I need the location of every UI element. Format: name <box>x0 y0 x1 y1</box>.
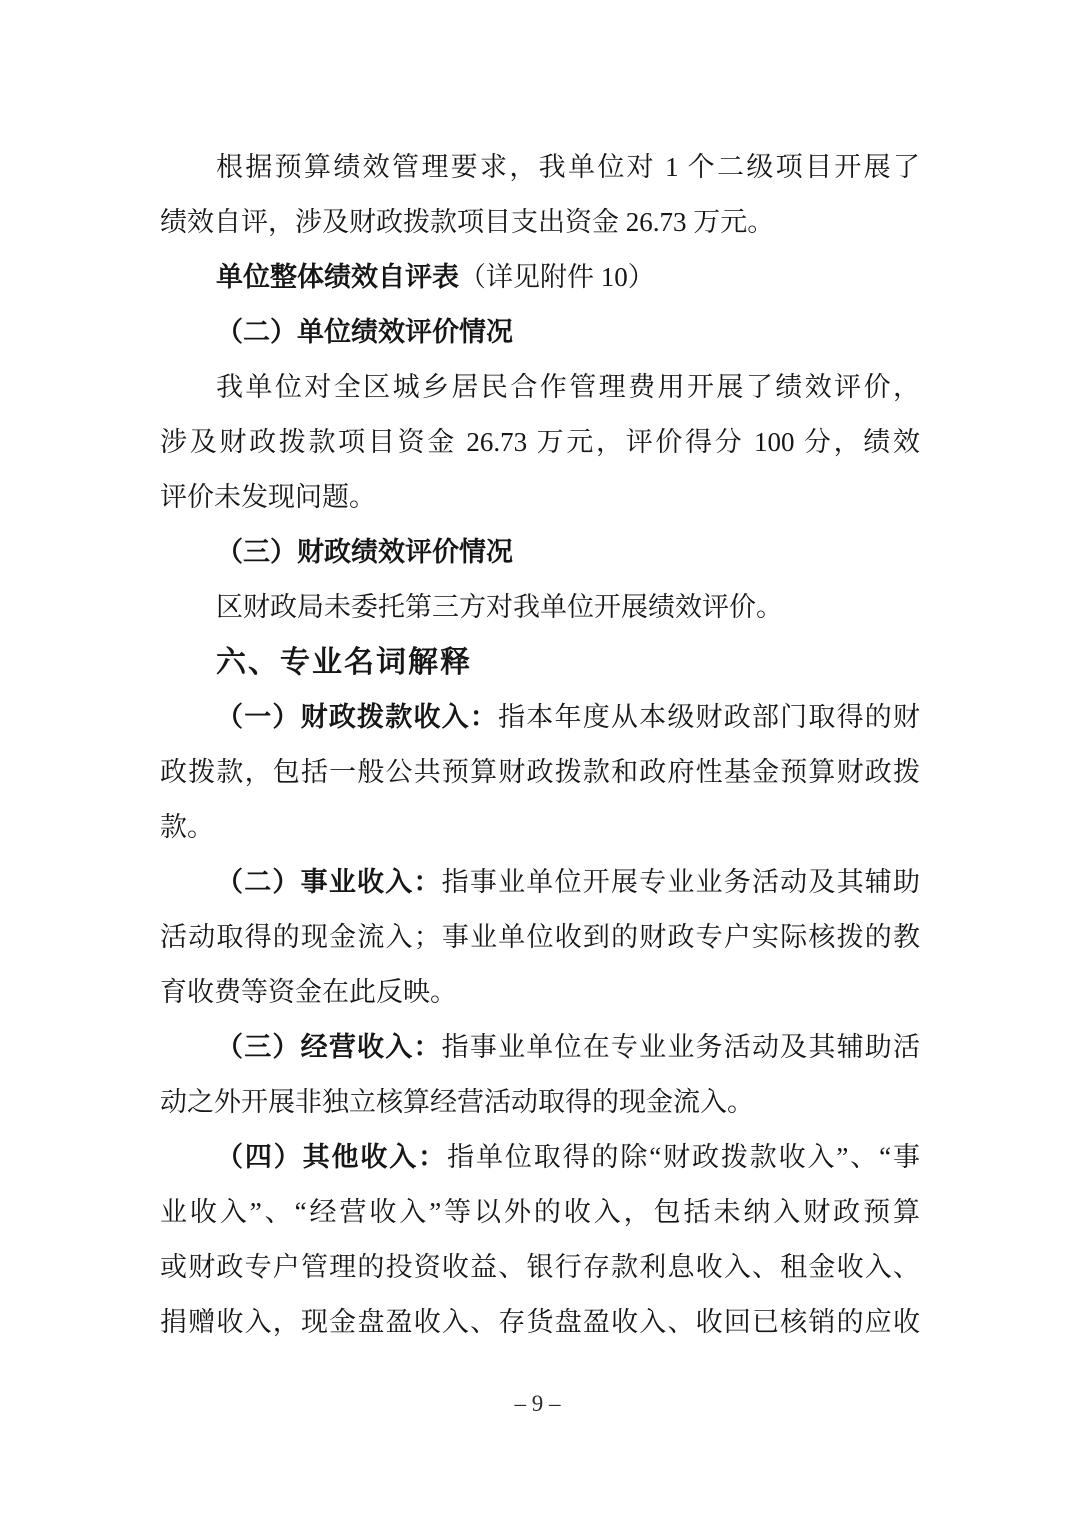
text-segment: 指事业单位在专业业务活动及其辅助活 <box>442 1032 920 1062</box>
text-line: 活动取得的现金流入；事业单位收到的财政专户实际核拨的教 <box>160 910 920 965</box>
document-body: 根据预算绩效管理要求，我单位对 1 个二级项目开展了绩效自评，涉及财政拨款项目支… <box>160 140 920 1350</box>
text-segment: 育收费等资金在此反映。 <box>160 977 457 1007</box>
text-line: 款。 <box>160 800 920 855</box>
page-number: – 9 – <box>0 1386 1075 1422</box>
text-line: 业收入”、“经营收入”等以外的收入，包括未纳入财政预算 <box>160 1185 920 1240</box>
text-segment: （四）其他收入： <box>216 1142 447 1172</box>
text-line: （一）财政拨款收入：指本年度从本级财政部门取得的财 <box>160 690 920 745</box>
text-segment: 评价未发现问题。 <box>160 482 376 512</box>
text-line: 绩效自评，涉及财政拨款项目支出资金 26.73 万元。 <box>160 195 920 250</box>
text-segment: 根据预算绩效管理要求，我单位对 1 个二级项目开展了 <box>216 152 920 182</box>
text-segment: （二）事业收入： <box>216 867 442 897</box>
text-segment: 政拨款，包括一般公共预算财政拨款和政府性基金预算财政拨 <box>160 757 920 787</box>
text-line: 评价未发现问题。 <box>160 470 920 525</box>
text-line: 根据预算绩效管理要求，我单位对 1 个二级项目开展了 <box>160 140 920 195</box>
text-segment: （二）单位绩效评价情况 <box>216 317 513 347</box>
text-segment: 活动取得的现金流入；事业单位收到的财政专户实际核拨的教 <box>160 922 920 952</box>
text-line: （二）单位绩效评价情况 <box>160 305 920 360</box>
text-line: 单位整体绩效自评表（详见附件 10） <box>160 250 920 305</box>
text-line: （三）财政绩效评价情况 <box>160 525 920 580</box>
text-segment: （详见附件 10） <box>459 262 655 292</box>
text-segment: 六、专业名词解释 <box>216 646 472 679</box>
text-segment: 区财政局未委托第三方对我单位开展绩效评价。 <box>216 592 783 622</box>
text-segment: 指本年度从本级财政部门取得的财 <box>498 702 920 732</box>
text-segment: 指单位取得的除“财政拨款收入”、“事 <box>447 1142 920 1172</box>
text-line: 捐赠收入，现金盘盈收入、存货盘盈收入、收回已核销的应收 <box>160 1295 920 1350</box>
text-line: 政拨款，包括一般公共预算财政拨款和政府性基金预算财政拨 <box>160 745 920 800</box>
text-segment: 捐赠收入，现金盘盈收入、存货盘盈收入、收回已核销的应收 <box>160 1307 920 1337</box>
text-segment: 业收入”、“经营收入”等以外的收入，包括未纳入财政预算 <box>160 1197 920 1227</box>
text-segment: 款。 <box>160 812 214 842</box>
text-segment: 单位整体绩效自评表 <box>216 262 459 292</box>
text-line: 我单位对全区城乡居民合作管理费用开展了绩效评价， <box>160 360 920 415</box>
text-segment: （一）财政拨款收入： <box>216 702 498 732</box>
text-segment: 指事业单位开展专业业务活动及其辅助 <box>442 867 920 897</box>
text-segment: 我单位对全区城乡居民合作管理费用开展了绩效评价， <box>216 372 920 402</box>
text-segment: 涉及财政拨款项目资金 26.73 万元，评价得分 100 分，绩效 <box>160 427 920 457</box>
text-line: 六、专业名词解释 <box>160 635 920 690</box>
text-segment: （三）经营收入： <box>216 1032 442 1062</box>
document-page: 根据预算绩效管理要求，我单位对 1 个二级项目开展了绩效自评，涉及财政拨款项目支… <box>0 0 1075 1520</box>
text-segment: 或财政专户管理的投资收益、银行存款利息收入、租金收入、 <box>160 1252 920 1282</box>
text-line: 区财政局未委托第三方对我单位开展绩效评价。 <box>160 580 920 635</box>
text-line: （四）其他收入：指单位取得的除“财政拨款收入”、“事 <box>160 1130 920 1185</box>
text-segment: 动之外开展非独立核算经营活动取得的现金流入。 <box>160 1087 754 1117</box>
text-line: 动之外开展非独立核算经营活动取得的现金流入。 <box>160 1075 920 1130</box>
text-line: （三）经营收入：指事业单位在专业业务活动及其辅助活 <box>160 1020 920 1075</box>
text-line: 涉及财政拨款项目资金 26.73 万元，评价得分 100 分，绩效 <box>160 415 920 470</box>
text-line: 或财政专户管理的投资收益、银行存款利息收入、租金收入、 <box>160 1240 920 1295</box>
text-line: （二）事业收入：指事业单位开展专业业务活动及其辅助 <box>160 855 920 910</box>
text-segment: （三）财政绩效评价情况 <box>216 537 513 567</box>
text-line: 育收费等资金在此反映。 <box>160 965 920 1020</box>
text-segment: 绩效自评，涉及财政拨款项目支出资金 26.73 万元。 <box>160 207 774 237</box>
